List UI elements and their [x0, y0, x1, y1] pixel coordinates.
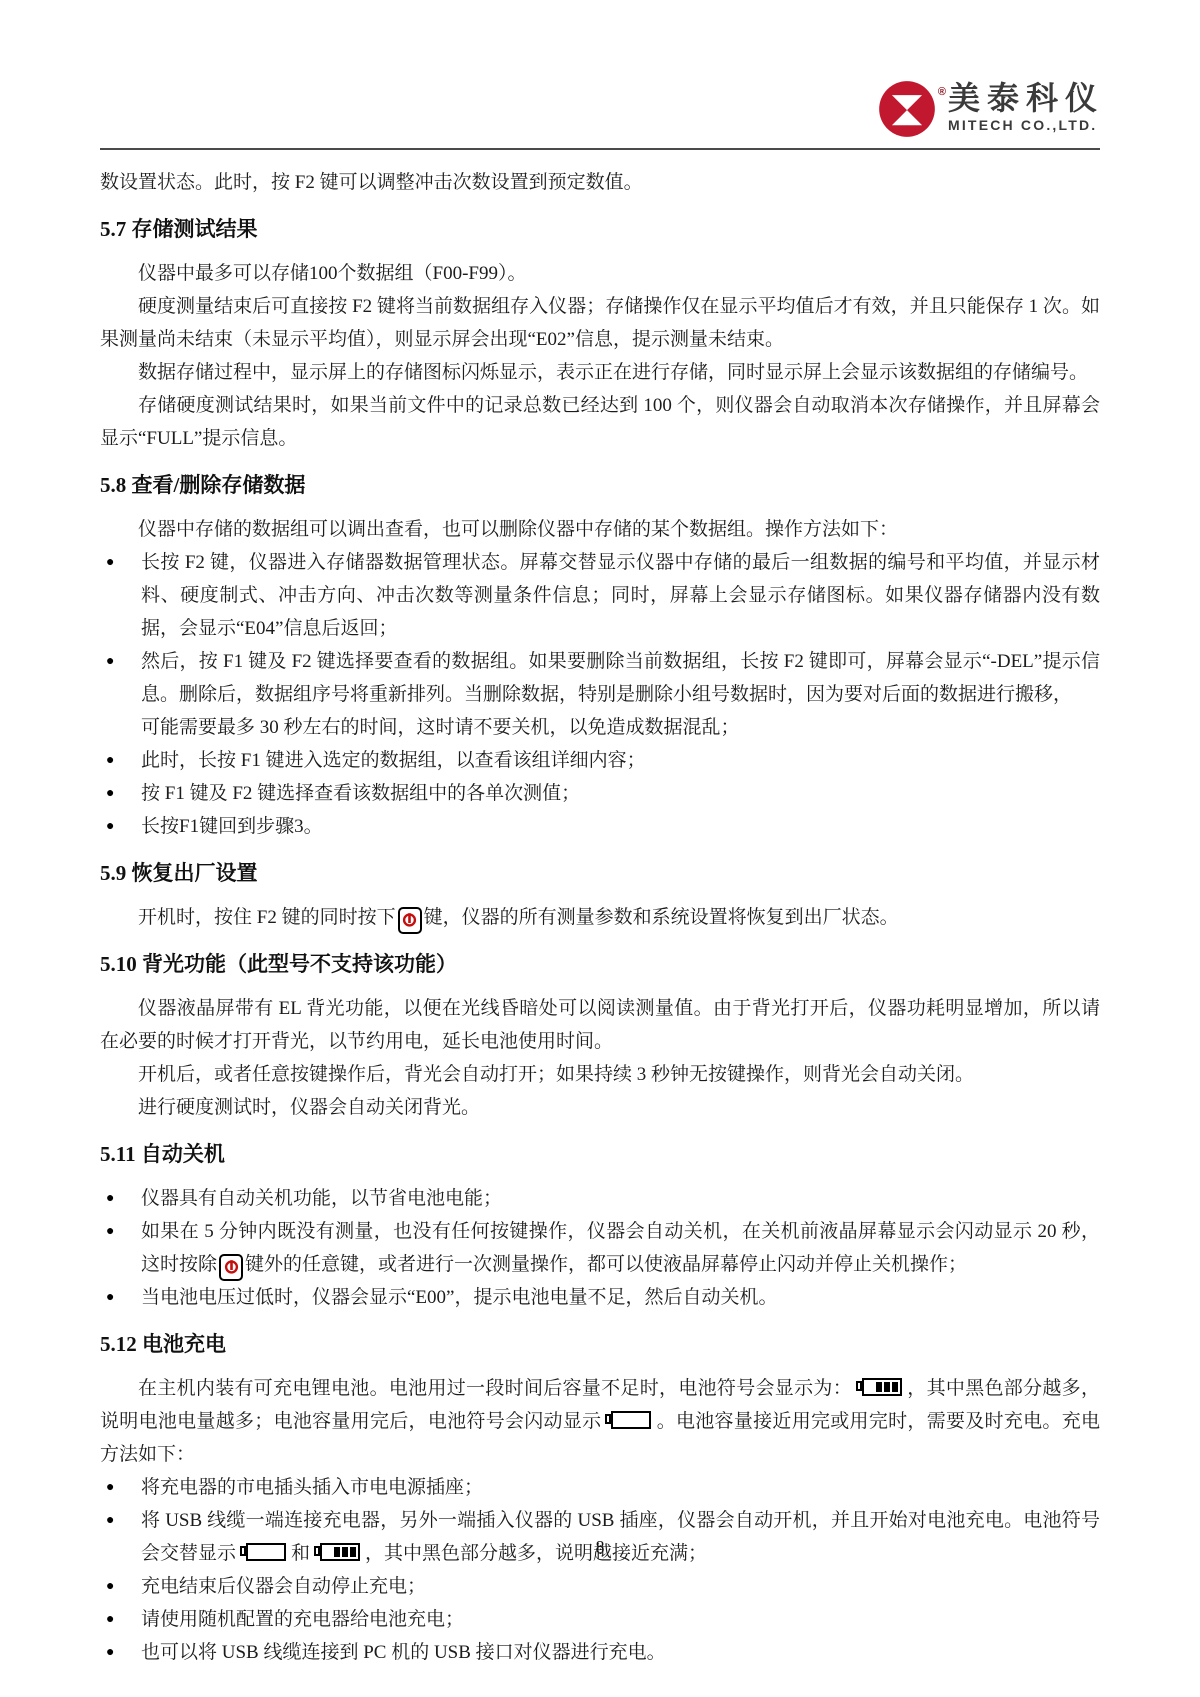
paragraph: 仪器液晶屏带有 EL 背光功能，以便在光线昏暗处可以阅读测量值。由于背光打开后，…: [100, 992, 1100, 1058]
list-item: 当电池电压过低时，仪器会显示“E00”，提示电池电量不足，然后自动关机。: [100, 1281, 1100, 1314]
text-run: 键，仪器的所有测量参数和系统设置将恢复到出厂状态。: [424, 907, 899, 928]
brand-name-english: MITECH CO.,LTD.: [948, 116, 1104, 134]
text-run: 在主机内装有可充电锂电池。电池用过一段时间后容量不足时，电池符号会显示为：: [138, 1378, 852, 1399]
manual-page: ® 美泰科仪 MITECH CO.,LTD. 数设置状态。此时，按 F2 键可以…: [0, 0, 1200, 1697]
paragraph: 仪器中存储的数据组可以调出查看，也可以删除仪器中存储的某个数据组。操作方法如下：: [100, 513, 1100, 546]
bullet-list: 长按 F2 键，仪器进入存储器数据管理状态。屏幕交替显示仪器中存储的最后一组数据…: [100, 546, 1100, 843]
section-5-11-heading: 5.11 自动关机: [100, 1139, 1100, 1169]
header-divider: [100, 148, 1100, 150]
power-key-icon: [219, 1254, 243, 1281]
battery-level-icon: [862, 1378, 902, 1396]
bullet-list: 仪器具有自动关机功能，以节省电池电能； 如果在 5 分钟内既没有测量，也没有任何…: [100, 1182, 1100, 1314]
list-item: 如果在 5 分钟内既没有测量，也没有任何按键操作，仪器会自动关机，在关机前液晶屏…: [100, 1215, 1100, 1281]
document-body: 数设置状态。此时，按 F2 键可以调整冲击次数设置到预定数值。 5.7 存储测试…: [100, 166, 1100, 1669]
list-item: 仪器具有自动关机功能，以节省电池电能；: [100, 1182, 1100, 1215]
paragraph: 仪器中最多可以存储100个数据组（F00-F99）。: [100, 257, 1100, 290]
text-run: 开机时，按住 F2 键的同时按下: [138, 907, 396, 928]
list-item: 长按 F2 键，仪器进入存储器数据管理状态。屏幕交替显示仪器中存储的最后一组数据…: [100, 546, 1100, 645]
list-item: 按 F1 键及 F2 键选择查看该数据组中的各单次测值；: [100, 777, 1100, 810]
section-5-7-heading: 5.7 存储测试结果: [100, 214, 1100, 244]
mitech-logo-icon: ®: [878, 80, 936, 138]
paragraph: 开机后，或者任意按键操作后，背光会自动打开；如果持续 3 秒钟无按键操作，则背光…: [100, 1058, 1100, 1091]
list-item: 然后，按 F1 键及 F2 键选择要查看的数据组。如果要删除当前数据组，长按 F…: [100, 645, 1100, 744]
section-5-12-heading: 5.12 电池充电: [100, 1329, 1100, 1359]
section-5-8-heading: 5.8 查看/删除存储数据: [100, 470, 1100, 500]
list-item: 请使用随机配置的充电器给电池充电；: [100, 1603, 1100, 1636]
list-item: 也可以将 USB 线缆连接到 PC 机的 USB 接口对仪器进行充电。: [100, 1636, 1100, 1669]
registered-mark: ®: [938, 76, 946, 109]
text-run: 键外的任意键，或者进行一次测量操作，都可以使液晶屏幕停止闪动并停止关机操作；: [245, 1254, 967, 1275]
list-item: 充电结束后仪器会自动停止充电；: [100, 1570, 1100, 1603]
paragraph: 存储硬度测试结果时，如果当前文件中的记录总数已经达到 100 个，则仪器会自动取…: [100, 389, 1100, 455]
list-item: 长按F1键回到步骤3。: [100, 810, 1100, 843]
paragraph: 数据存储过程中，显示屏上的存储图标闪烁显示，表示正在进行存储，同时显示屏上会显示…: [100, 356, 1100, 389]
power-key-icon: [398, 907, 422, 934]
intro-paragraph: 数设置状态。此时，按 F2 键可以调整冲击次数设置到预定数值。: [100, 166, 1100, 199]
bullet-list: 将充电器的市电插头插入市电电源插座； 将 USB 线缆一端连接充电器，另外一端插…: [100, 1471, 1100, 1669]
company-logo: ® 美泰科仪 MITECH CO.,LTD.: [878, 80, 1104, 138]
page-number: 8: [0, 1531, 1200, 1564]
paragraph: 在主机内装有可充电锂电池。电池用过一段时间后容量不足时，电池符号会显示为：，其中…: [100, 1372, 1100, 1471]
paragraph: 开机时，按住 F2 键的同时按下键，仪器的所有测量参数和系统设置将恢复到出厂状态…: [100, 901, 1100, 934]
list-item: 将充电器的市电插头插入市电电源插座；: [100, 1471, 1100, 1504]
list-item: 此时，长按 F1 键进入选定的数据组，以查看该组详细内容；: [100, 744, 1100, 777]
paragraph: 硬度测量结束后可直接按 F2 键将当前数据组存入仪器；存储操作仅在显示平均值后才…: [100, 290, 1100, 356]
section-5-9-heading: 5.9 恢复出厂设置: [100, 858, 1100, 888]
brand-name-chinese: 美泰科仪: [948, 80, 1104, 116]
logo-text: 美泰科仪 MITECH CO.,LTD.: [948, 80, 1104, 134]
battery-empty-icon: [611, 1411, 651, 1429]
section-5-10-heading: 5.10 背光功能（此型号不支持该功能）: [100, 949, 1100, 979]
paragraph: 进行硬度测试时，仪器会自动关闭背光。: [100, 1091, 1100, 1124]
